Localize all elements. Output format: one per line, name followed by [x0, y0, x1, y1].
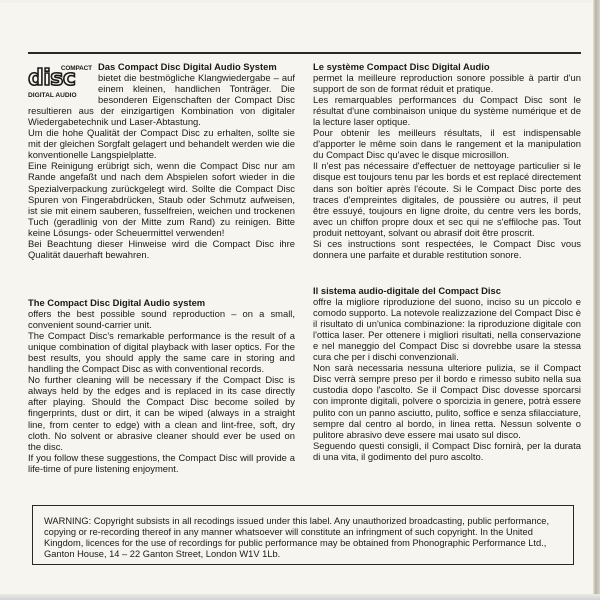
french-heading: Le système Compact Disc Digital Audio: [313, 61, 581, 72]
english-paragraph: If you follow these suggestions, the Com…: [28, 452, 295, 474]
german-paragraph: Eine Reinigung erübrigt sich, wenn die C…: [28, 160, 295, 237]
copyright-warning-box: WARNING: Copyright subsists in all recod…: [32, 505, 574, 565]
french-paragraph: Il n'est pas nécessaire d'effectuer de n…: [313, 160, 581, 237]
compact-disc-logo-icon: COMPACT disc DIGITAL AUDIO: [28, 65, 92, 99]
italian-paragraph: Non sarà necessaria nessuna ulteriore pu…: [313, 362, 581, 439]
booklet-spine-edge: [593, 0, 600, 600]
top-divider-rule: [28, 52, 581, 54]
page-bottom-edge: [0, 594, 600, 600]
english-heading: The Compact Disc Digital Audio system: [28, 297, 295, 308]
french-paragraph: Si ces instructions sont respectées, le …: [313, 238, 581, 260]
english-paragraph: The Compact Disc's remarkable performanc…: [28, 330, 295, 374]
german-paragraph: Um die hohe Qualität der Compact Disc zu…: [28, 127, 295, 160]
italian-section: Il sistema audio-digitale del Compact Di…: [313, 285, 581, 462]
german-section: COMPACT disc DIGITAL AUDIO Das Compact D…: [28, 61, 295, 260]
english-section: The Compact Disc Digital Audio system of…: [28, 297, 295, 474]
italian-heading: Il sistema audio-digitale del Compact Di…: [313, 285, 581, 296]
french-section: Le système Compact Disc Digital Audio pe…: [313, 61, 581, 260]
italian-paragraph: offre la migliore riproduzione del suono…: [313, 296, 581, 362]
french-paragraph: permet la meilleure reproduction sonore …: [313, 72, 581, 94]
italian-paragraph: Seguendo questi consigli, il Compact Dis…: [313, 440, 581, 462]
french-paragraph: Les remarquables performances du Compact…: [313, 94, 581, 127]
english-paragraph: offers the best possible sound reproduct…: [28, 308, 295, 330]
english-paragraph: No further cleaning will be necessary if…: [28, 374, 295, 451]
booklet-page: COMPACT disc DIGITAL AUDIO Das Compact D…: [0, 3, 593, 595]
copyright-warning-text: WARNING: Copyright subsists in all recod…: [44, 516, 563, 560]
french-paragraph: Pour obtenir les meilleurs résultats, il…: [313, 127, 581, 160]
german-paragraph: Bei Beachtung dieser Hinweise wird die C…: [28, 238, 295, 260]
logo-disc-text: disc: [28, 69, 75, 89]
logo-digital-audio-text: DIGITAL AUDIO: [28, 90, 77, 101]
